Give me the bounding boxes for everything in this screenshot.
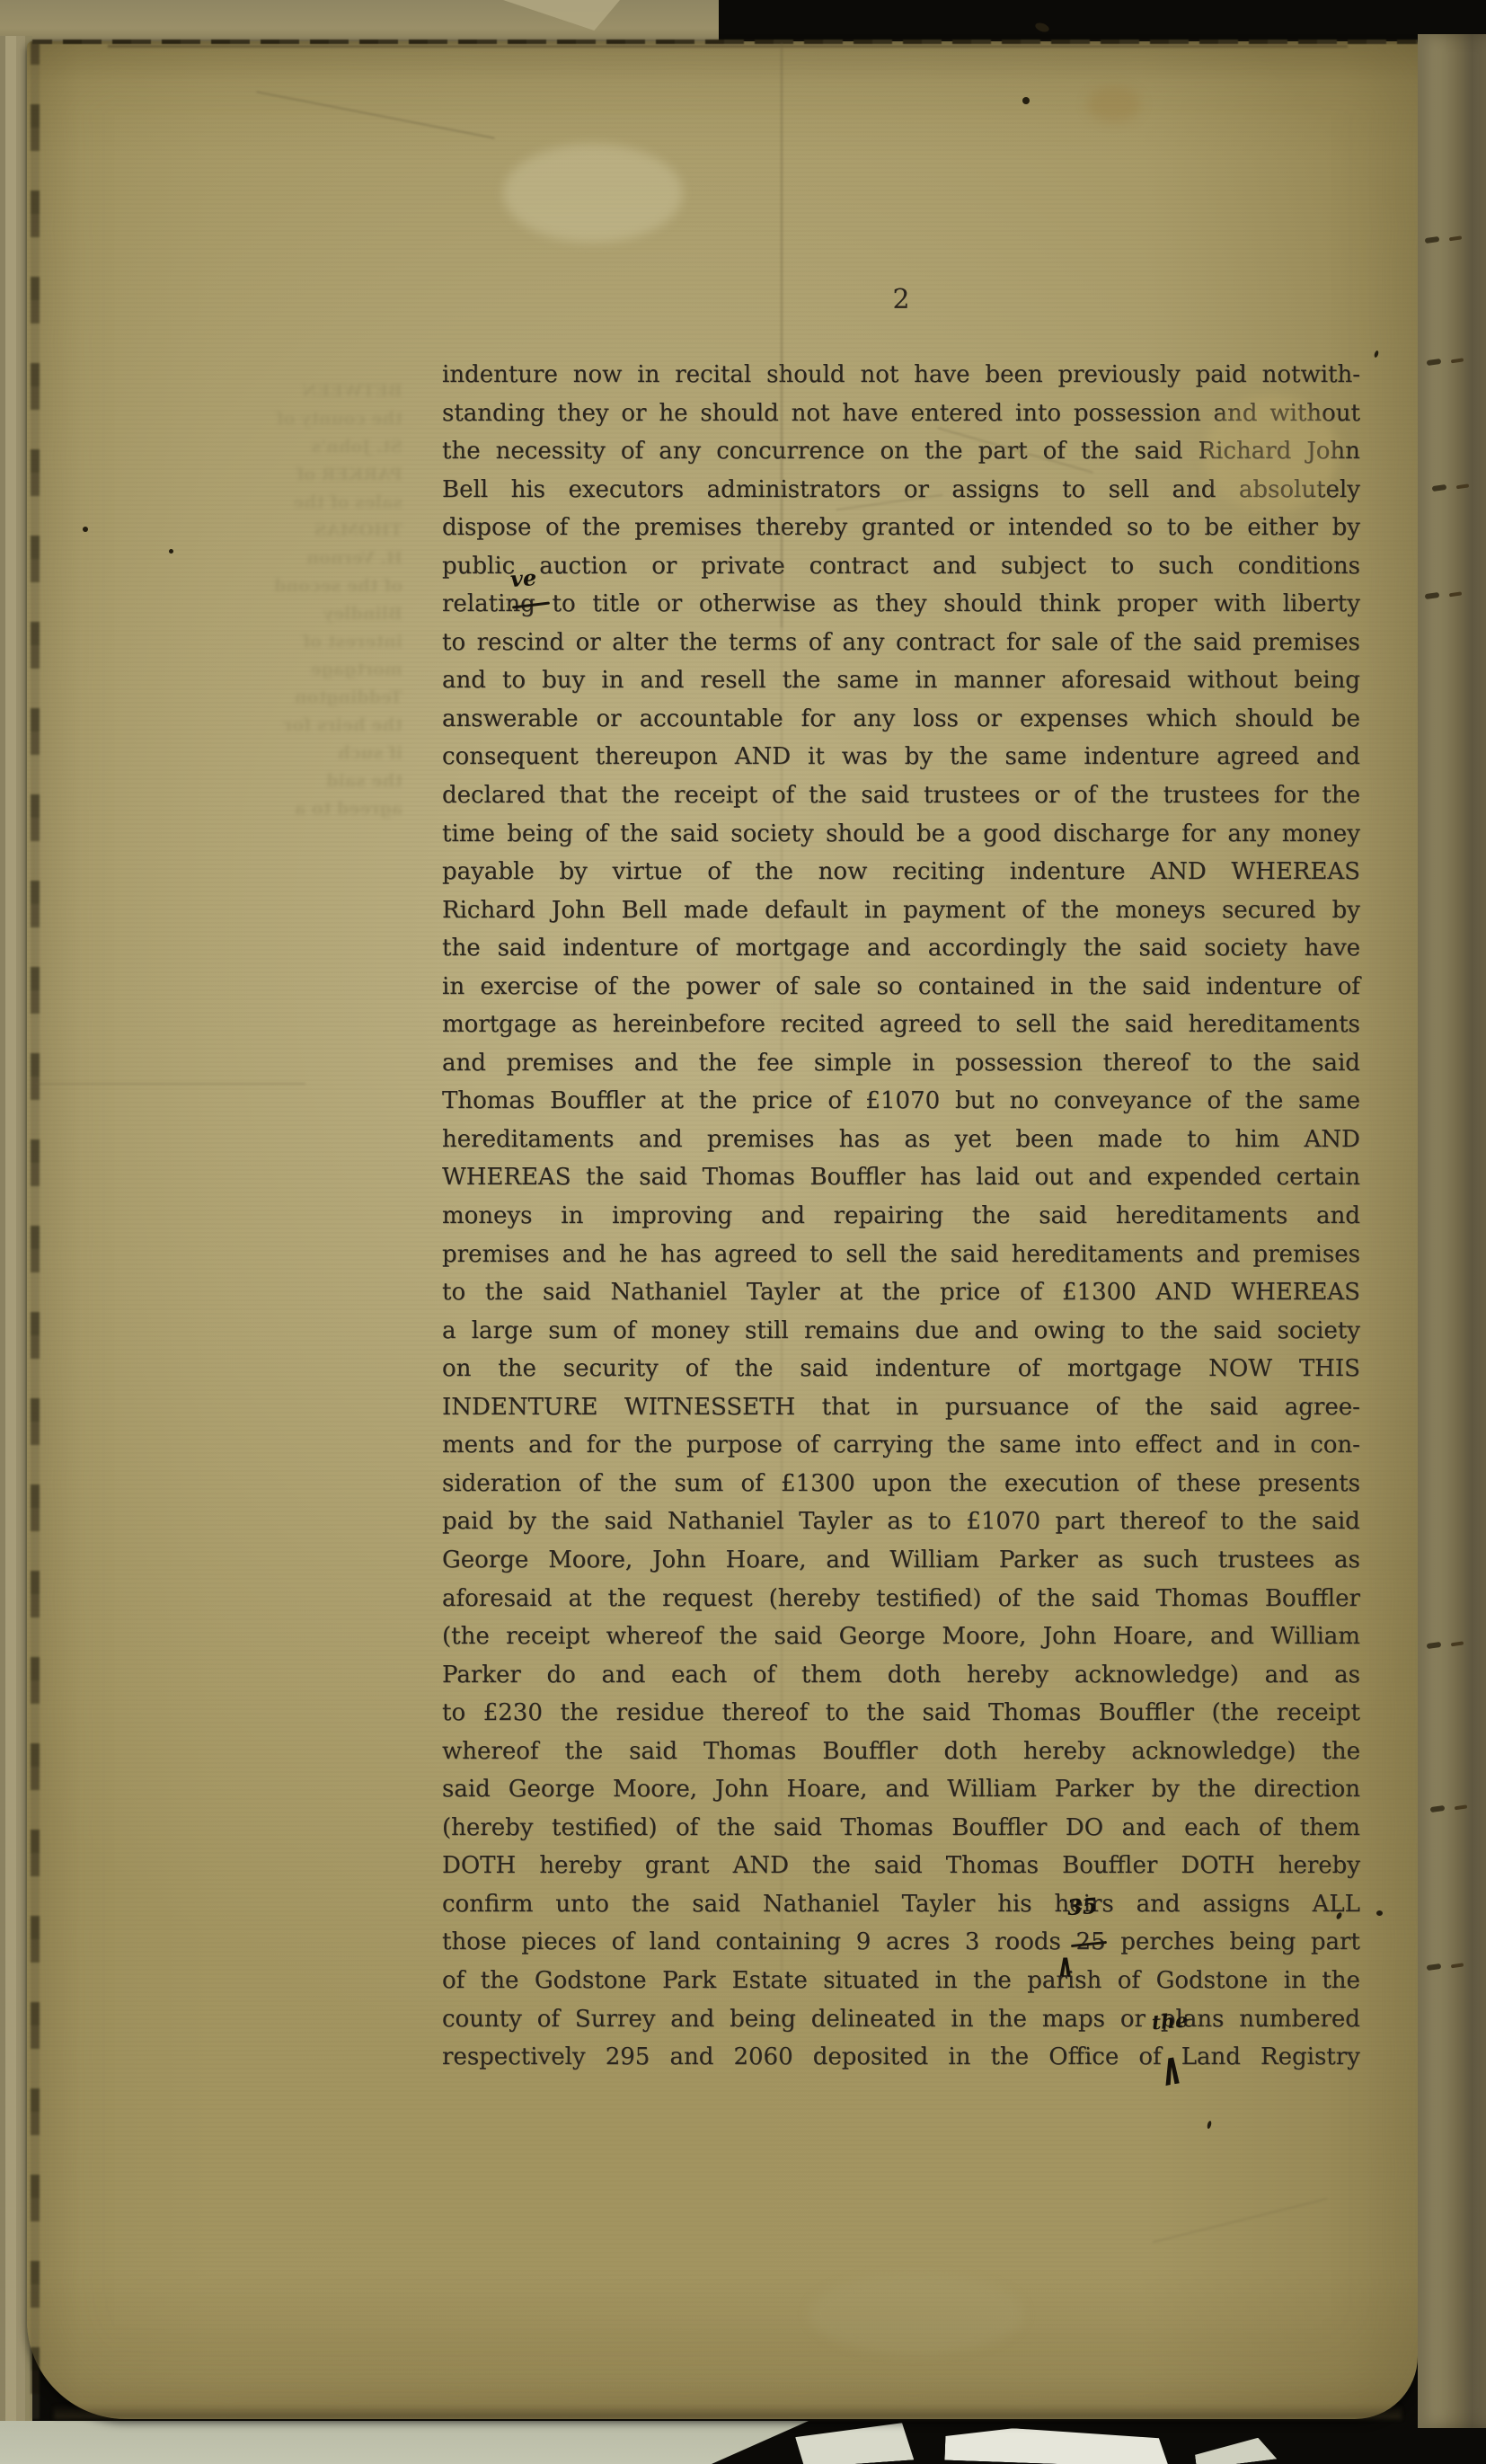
torn-paper-fragment	[944, 2426, 1170, 2464]
document-line: publicauctionorprivatecontractandsubject…	[442, 547, 1360, 586]
handwritten-correction-ve: ve	[509, 567, 537, 590]
document-line: countyofSurreyandbeingdelineatedinthemap…	[442, 2000, 1360, 2039]
document-line: mentsandforthepurposeofcarryingthesamein…	[442, 1426, 1360, 1465]
torn-paper-fragment	[795, 2423, 915, 2464]
bleedthrough-line: the county of	[227, 405, 402, 433]
document-line: disposeofthepremisestherebygrantedorinte…	[442, 509, 1360, 547]
document-line: WHEREASthesaidThomasBoufflerhaslaidoutan…	[442, 1158, 1360, 1197]
bleedthrough-line: if such	[227, 740, 402, 767]
paper-stain	[1204, 395, 1339, 512]
document-text: indenturenowinrecitalshouldnothavebeenpr…	[442, 356, 1360, 2077]
bleedthrough-line: agreed to a	[227, 795, 402, 823]
document-line: alargesumofmoneystillremainsdueandowingt…	[442, 1312, 1360, 1351]
document-line: whereofthesaidThomasBoufflerdothherebyac…	[442, 1733, 1360, 1771]
document-line: aforesaidattherequest(herebytestified)of…	[442, 1580, 1360, 1618]
ink-speck	[169, 549, 173, 554]
document-line: Parkerdoandeachofthemdothherebyacknowled…	[442, 1656, 1360, 1695]
vertical-crease	[781, 43, 783, 627]
fold-crease	[36, 1083, 305, 1085]
under-sheet-bottom	[0, 2421, 809, 2464]
bottom-edge-shadow	[54, 2405, 1402, 2419]
stitch-mark	[1427, 359, 1442, 366]
stitch-mark	[1427, 1642, 1442, 1649]
document-line: tothesaidNathanielTayleratthepriceof£130…	[442, 1273, 1360, 1312]
torn-paper-fragment	[1194, 2436, 1277, 2464]
document-line: inexerciseofthepowerofsalesocontainedint…	[442, 968, 1360, 1006]
vertical-crease	[781, 627, 783, 1975]
stitch-mark	[1425, 592, 1440, 599]
stitch-mark	[1427, 1963, 1442, 1971]
document-line: relatingtotitleorotherwiseastheyshouldth…	[442, 585, 1360, 624]
document-line: (herebytestified)ofthesaidThomasBouffler…	[442, 1809, 1360, 1848]
bleedthrough-line: THOMAS	[227, 517, 402, 545]
ink-speck	[1034, 22, 1050, 34]
caret-mark: ∧	[1057, 1945, 1075, 1985]
bleedthrough-line: interest of	[227, 628, 402, 656]
document-line: saidGeorgeMoore,JohnHoare,andWilliamPark…	[442, 1770, 1360, 1809]
document-line: confirmuntothesaidNathanielTaylerhisheir…	[442, 1885, 1360, 1924]
document-line: paidbythesaidNathanielTaylerasto£1070par…	[442, 1502, 1360, 1541]
paper-stain	[809, 2273, 1024, 2354]
handwritten-insertion-the: the	[1151, 2010, 1189, 2034]
document-line: thesaidindentureofmortgageandaccordingly…	[442, 929, 1360, 968]
ink-speck	[1022, 97, 1030, 104]
bleedthrough-line: the heirs for	[227, 712, 402, 740]
bleedthrough-line: PARKER of	[227, 461, 402, 489]
document-line: to£230theresiduethereoftothesaidThomasBo…	[442, 1694, 1360, 1733]
ink-speck	[83, 527, 88, 532]
document-line: thosepiecesoflandcontaining9acres3roods2…	[442, 1923, 1360, 1962]
document-line: GeorgeMoore,JohnHoare,andWilliamParkeras…	[442, 1541, 1360, 1580]
document-line: ThomasBouffleratthepriceof£1070butnoconv…	[442, 1082, 1360, 1121]
document-line: andpremisesandthefeesimpleinpossessionth…	[442, 1044, 1360, 1083]
document-line: INDENTUREWITNESSETHthatinpursuanceofthes…	[442, 1388, 1360, 1427]
document-line: andtobuyinandresellthesameinmannerafores…	[442, 661, 1360, 700]
document-line: hereditamentsandpremiseshasasyetbeenmade…	[442, 1121, 1360, 1159]
document-line: premisesandhehasagreedtosellthesaidhered…	[442, 1236, 1360, 1274]
stitch-mark	[1432, 484, 1447, 492]
torn-top-edge	[32, 40, 1418, 44]
stitch-mark	[1430, 1805, 1446, 1813]
bleedthrough-line: Blindley	[227, 600, 402, 628]
document-line: onthesecurityofthesaidindentureofmortgag…	[442, 1350, 1360, 1388]
ink-speck	[1376, 1910, 1383, 1916]
torn-left-seam	[31, 41, 40, 2419]
page-number: 2	[442, 284, 1360, 315]
bleedthrough-line: mortgage	[227, 656, 402, 684]
stitch-mark	[1425, 236, 1440, 244]
bleedthrough-line: sales of the	[227, 489, 402, 517]
binding-gutter	[1418, 34, 1486, 2428]
document-line: RichardJohnBellmadedefaultinpaymentofthe…	[442, 891, 1360, 930]
document-line: declaredthatthereceiptofthesaidtrusteeso…	[442, 776, 1360, 815]
handwritten-correction-35: 35	[1066, 1895, 1098, 1919]
document-line: timebeingofthesaidsocietyshouldbeagooddi…	[442, 815, 1360, 854]
bleedthrough-line: the said	[227, 767, 402, 795]
document-line: respectively295and2060depositedintheOffi…	[442, 2038, 1360, 2077]
document-line: (thereceiptwhereofthesaidGeorgeMoore,Joh…	[442, 1618, 1360, 1656]
paper-stain	[1087, 86, 1141, 122]
bleedthrough-text: BETWEENthe county ofSt. John'sPARKER ofs…	[227, 377, 402, 823]
bleedthrough-line: H. Vernon	[227, 545, 402, 572]
bleedthrough-line: St. John's	[227, 433, 402, 461]
bleedthrough-line: Teddington	[227, 684, 402, 712]
document-line: indenturenowinrecitalshouldnothavebeenpr…	[442, 356, 1360, 394]
document-line: payablebyvirtueofthenowrecitingindenture…	[442, 853, 1360, 891]
document-line: consequentthereuponANDitwasbythesameinde…	[442, 738, 1360, 776]
document-line: siderationofthesumof£1300upontheexecutio…	[442, 1465, 1360, 1503]
document-line: DOTHherebygrantANDthesaidThomasBoufflerD…	[442, 1847, 1360, 1885]
caret-mark: ∧	[1159, 2042, 1184, 2099]
scanned-document-photo: BETWEENthe county ofSt. John'sPARKER ofs…	[0, 0, 1486, 2464]
bleedthrough-line: of the second	[227, 572, 402, 600]
document-line: moneysinimprovingandrepairingthesaidhere…	[442, 1197, 1360, 1236]
torn-top-edge-shadow	[108, 45, 1348, 48]
paper-stain	[503, 144, 683, 243]
bleedthrough-line: BETWEEN	[227, 377, 402, 405]
document-line: torescindoralterthetermsofanycontractfor…	[442, 624, 1360, 662]
document-line: answerableoraccountableforanylossorexpen…	[442, 700, 1360, 739]
document-line: oftheGodstoneParkEstatesituatedinthepari…	[442, 1962, 1360, 2000]
document-line: mortgageashereinbeforerecitedagreedtosel…	[442, 1006, 1360, 1044]
